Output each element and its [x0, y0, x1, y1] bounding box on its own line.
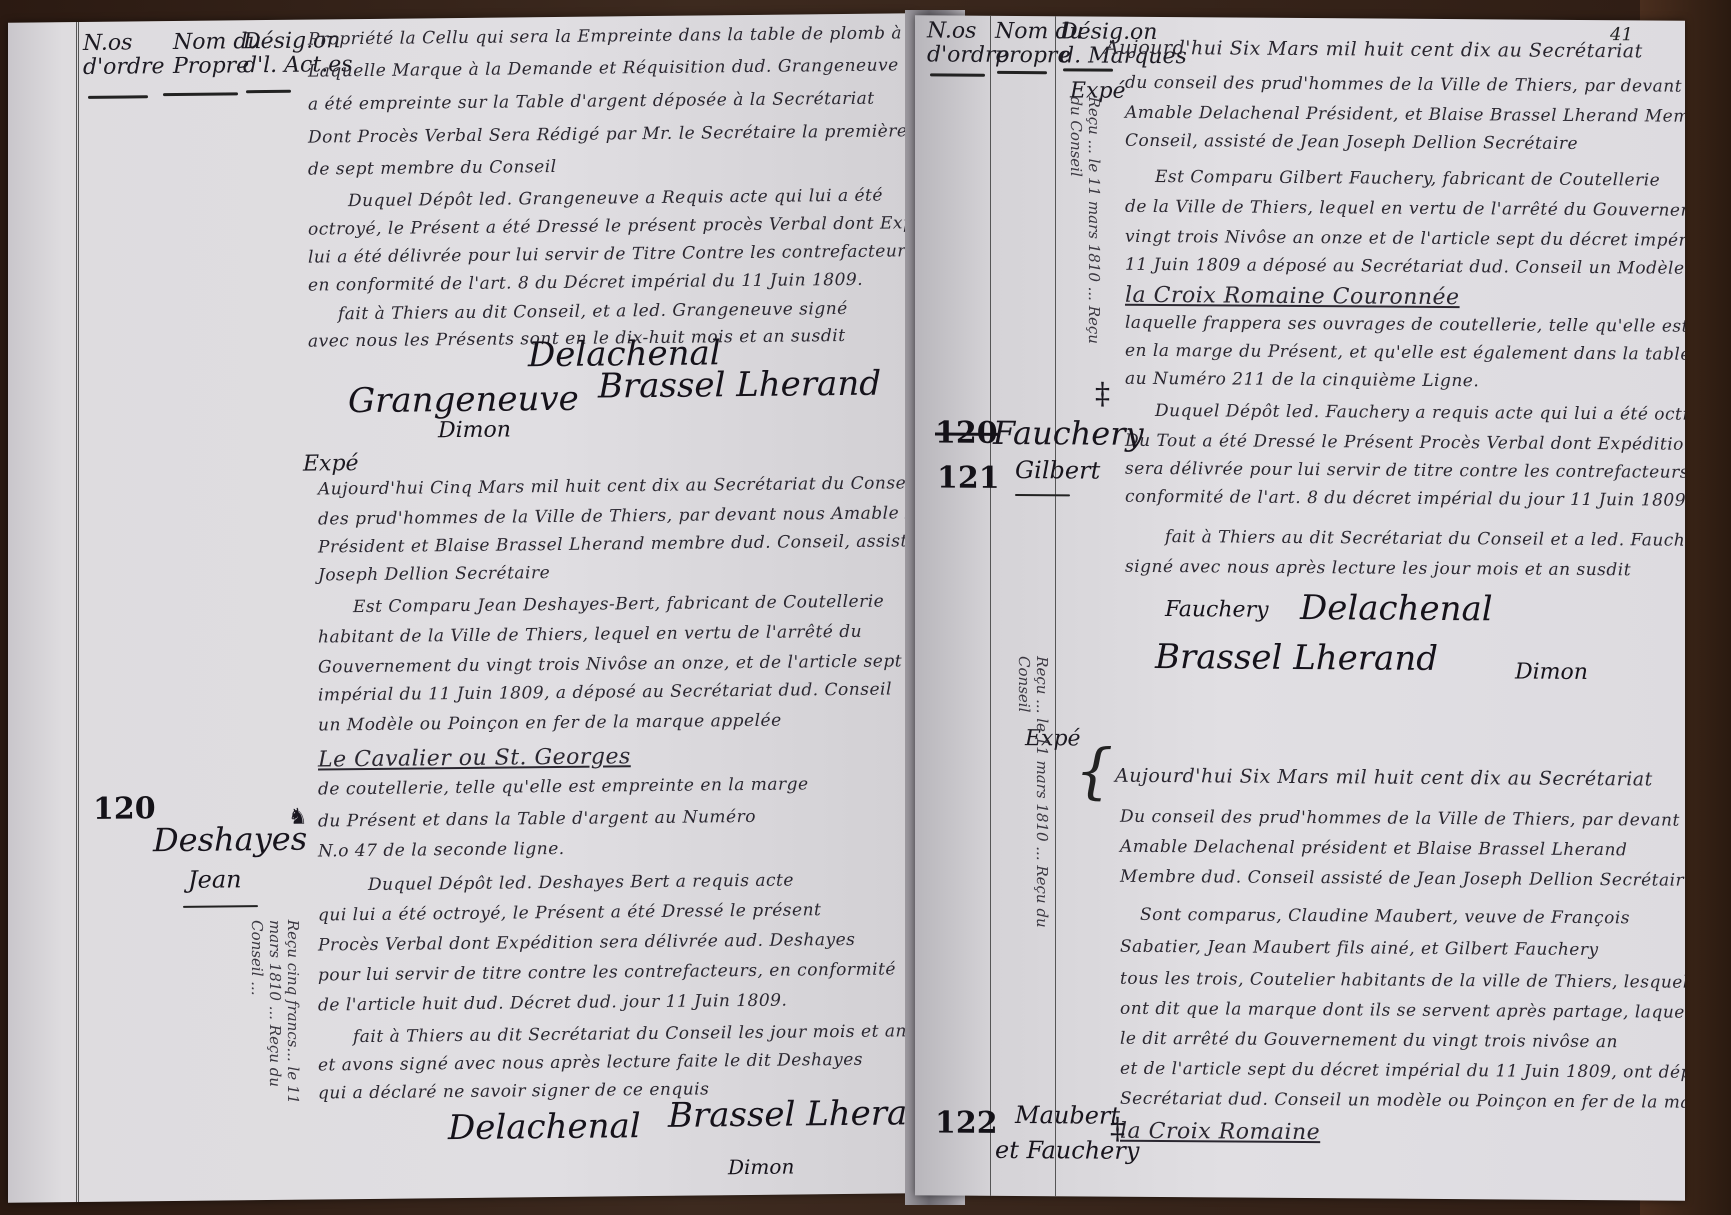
text-line: et avons signé avec nous après lecture f…	[318, 1050, 863, 1076]
entry-number: 121	[937, 460, 1000, 495]
text-line: au Numéro 211 de la cinquième Ligne.	[1125, 369, 1479, 391]
entry-surname: Fauchery	[993, 414, 1144, 453]
margin-rule	[76, 22, 77, 1202]
signature: Brassel Lherand	[598, 364, 881, 407]
text-line: pour lui servir de titre contre les cont…	[318, 959, 896, 985]
text-line: Sont comparus, Claudine Maubert, veuve d…	[1140, 905, 1630, 928]
header-underline	[930, 73, 985, 76]
text-line: laquelle frappera ses ouvrages de coutel…	[1125, 313, 1685, 338]
text-line: lui a été délivrée pour lui servir de Ti…	[308, 241, 913, 267]
text-line: de sept membre du Conseil	[308, 157, 557, 180]
text-line: Membre dud. Conseil assisté de Jean Jose…	[1120, 867, 1685, 891]
text-line: du Présent et dans la Table d'argent au …	[318, 807, 756, 832]
signature: Grangeneuve	[348, 379, 579, 421]
text-line: des prud'hommes de la Ville de Thiers, p…	[318, 502, 913, 529]
text-line: ont dit que la marque dont ils se serven…	[1120, 999, 1685, 1023]
text-line: Procès Verbal dont Expédition sera déliv…	[318, 930, 855, 956]
text-line: Secrétariat dud. Conseil un modèle ou Po…	[1120, 1089, 1685, 1113]
horseman-trademark-icon: ♞	[288, 805, 308, 830]
text-line: et de l'article sept du décret impérial …	[1120, 1059, 1685, 1083]
signature: Brassel Lherand	[1155, 637, 1438, 679]
text-line: fait à Thiers au dit Secrétariat du Cons…	[353, 1021, 907, 1047]
text-line: Le Cavalier ou St. Georges	[318, 744, 631, 772]
text-line: fait à Thiers au dit Secrétariat du Cons…	[1165, 527, 1685, 551]
text-line: Gouvernement du vingt trois Nivôse an on…	[318, 650, 913, 677]
text-line: Aujourd'hui Six Mars mil huit cent dix a…	[1105, 37, 1643, 63]
signature: Delachenal	[448, 1106, 641, 1148]
text-line: Est Comparu Jean Deshayes-Bert, fabrican…	[353, 592, 884, 618]
text-line: conformité de l'art. 8 du décret impéria…	[1125, 487, 1685, 511]
trademark-name: la Croix Romaine	[1120, 1119, 1320, 1145]
text-line: Laquelle Marque à la Demande et Réquisit…	[308, 55, 899, 81]
text-line: Duquel Dépôt led. Fauchery a requis acte…	[1155, 401, 1685, 425]
margin-note: Reçu cinq francs... le 11 mars 1810 ... …	[248, 920, 302, 1141]
text-line: Sabatier, Jean Maubert fils ainé, et Gil…	[1120, 937, 1599, 960]
text-line: Dont Procès Verbal Sera Rédigé par Mr. l…	[308, 121, 907, 147]
text-line: Duquel Dépôt led. Grangeneuve a Requis a…	[348, 186, 883, 212]
bracket-mark: {	[1075, 736, 1113, 806]
entry-given-name: Jean	[188, 865, 242, 894]
text-line: Aujourd'hui Six Mars mil huit cent dix a…	[1115, 765, 1653, 791]
expedition-label: Expé	[303, 451, 359, 477]
text-line: Duquel Dépôt led. Deshayes Bert a requis…	[368, 871, 794, 895]
text-line: du conseil des prud'hommes de la Ville d…	[1125, 73, 1685, 97]
header-underline	[88, 95, 148, 99]
signature: Dimon	[438, 417, 511, 443]
left-page: N.os d'ordre Nom du Propre Désig.on d'l.…	[8, 13, 913, 1202]
margin-note: Reçu ... le 11 mars 1810 ... Reçu du Con…	[1015, 656, 1051, 956]
margin-note: Reçu ... le 11 mars 1810 ... Reçu du Con…	[1067, 96, 1103, 356]
text-line: de la Ville de Thiers, lequel en vertu d…	[1125, 197, 1685, 221]
text-line: Amable Delachenal président et Blaise Br…	[1120, 837, 1627, 861]
column-header-number: N.os d'ordre	[83, 31, 165, 80]
text-line: un Modèle ou Poinçon en fer de la marque…	[318, 711, 782, 736]
text-line: Est Comparu Gilbert Fauchery, fabricant …	[1155, 167, 1660, 191]
header-underline	[1063, 68, 1113, 71]
cross-trademark-icon: ‡	[1095, 377, 1110, 412]
text-line: octroyé, le Présent a été Dressé le prés…	[308, 213, 913, 240]
text-line: a été empreinte sur la Table d'argent dé…	[308, 89, 875, 115]
entry-surname: Deshayes	[153, 820, 307, 860]
margin-rule	[78, 22, 79, 1202]
signature: Dimon	[728, 1155, 794, 1180]
text-line: Aujourd'hui Cinq Mars mil huit cent dix …	[318, 473, 913, 499]
header-underline	[163, 92, 238, 96]
name-underline	[183, 905, 258, 908]
text-line: de l'article huit dud. Décret dud. jour …	[318, 991, 787, 1016]
text-line: Joseph Dellion Secrétaire	[318, 563, 550, 585]
header-underline	[997, 71, 1047, 74]
text-line: impérial du 11 Juin 1809, a déposé au Se…	[318, 679, 892, 705]
margin-rule	[990, 16, 991, 1196]
signature: Dimon	[1515, 660, 1588, 686]
text-line: N.o 47 de la seconde ligne.	[318, 839, 565, 862]
text-line: Conseil, assisté de Jean Joseph Dellion …	[1125, 131, 1578, 154]
text-line: Du Tout a été Dressé le Présent Procès V…	[1125, 431, 1685, 455]
trademark-name: la Croix Romaine Couronnée	[1125, 283, 1460, 310]
text-line: tous les trois, Coutelier habitants de l…	[1120, 969, 1685, 993]
text-line: 11 Juin 1809 a déposé au Secrétariat dud…	[1125, 255, 1685, 279]
cross-trademark-icon: ‡	[1110, 1112, 1125, 1147]
text-line: en la marge du Présent, et qu'elle est é…	[1125, 341, 1685, 366]
text-line: fait à Thiers au dit Conseil, et a led. …	[338, 299, 848, 324]
header-underline	[246, 90, 291, 93]
signature: Delachenal	[1300, 588, 1493, 629]
text-line: qui a déclaré ne savoir signer de ce enq…	[318, 1079, 709, 1103]
text-line: le dit arrêté du Gouvernement du vingt t…	[1120, 1029, 1618, 1052]
entry-number: 122	[935, 1105, 998, 1140]
text-line: Propriété la Cellu qui sera la Empreinte…	[308, 23, 913, 49]
struck-entry-number: 120	[935, 415, 998, 450]
text-line: la Croix Romaine	[1120, 1119, 1320, 1145]
entry-surname: Maubert	[1015, 1101, 1120, 1130]
margin-rule	[1055, 16, 1056, 1196]
name-underline	[1015, 494, 1070, 496]
text-line: de coutellerie, telle qu'elle est emprei…	[318, 774, 809, 799]
signature: Fauchery	[1165, 597, 1269, 623]
entry-number: 120	[93, 791, 156, 827]
trademark-name: Le Cavalier ou St. Georges	[318, 744, 631, 772]
text-line: sera délivrée pour lui servir de titre c…	[1125, 459, 1685, 483]
signature: Brassel Lherand	[668, 1093, 913, 1136]
text-line: vingt trois Nivôse an onze et de l'artic…	[1125, 227, 1685, 251]
text-line: Amable Delachenal Président, et Blaise B…	[1125, 103, 1685, 127]
text-line: qui lui a été octroyé, le Présent a été …	[318, 900, 821, 925]
entry-given-name: Gilbert	[1015, 456, 1100, 485]
right-page: N.os d'ordre Nom du propre Désig.on d. M…	[915, 15, 1685, 1200]
text-line: en conformité de l'art. 8 du Décret impé…	[308, 270, 863, 296]
text-line: Du conseil des prud'hommes de la Ville d…	[1120, 807, 1685, 831]
text-line: la Croix Romaine Couronnée	[1125, 283, 1460, 310]
text-line: habitant de la Ville de Thiers, lequel e…	[318, 622, 862, 648]
text-line: Président et Blaise Brassel Lherand memb…	[318, 530, 913, 557]
text-line: signé avec nous après lecture les jour m…	[1125, 557, 1631, 581]
